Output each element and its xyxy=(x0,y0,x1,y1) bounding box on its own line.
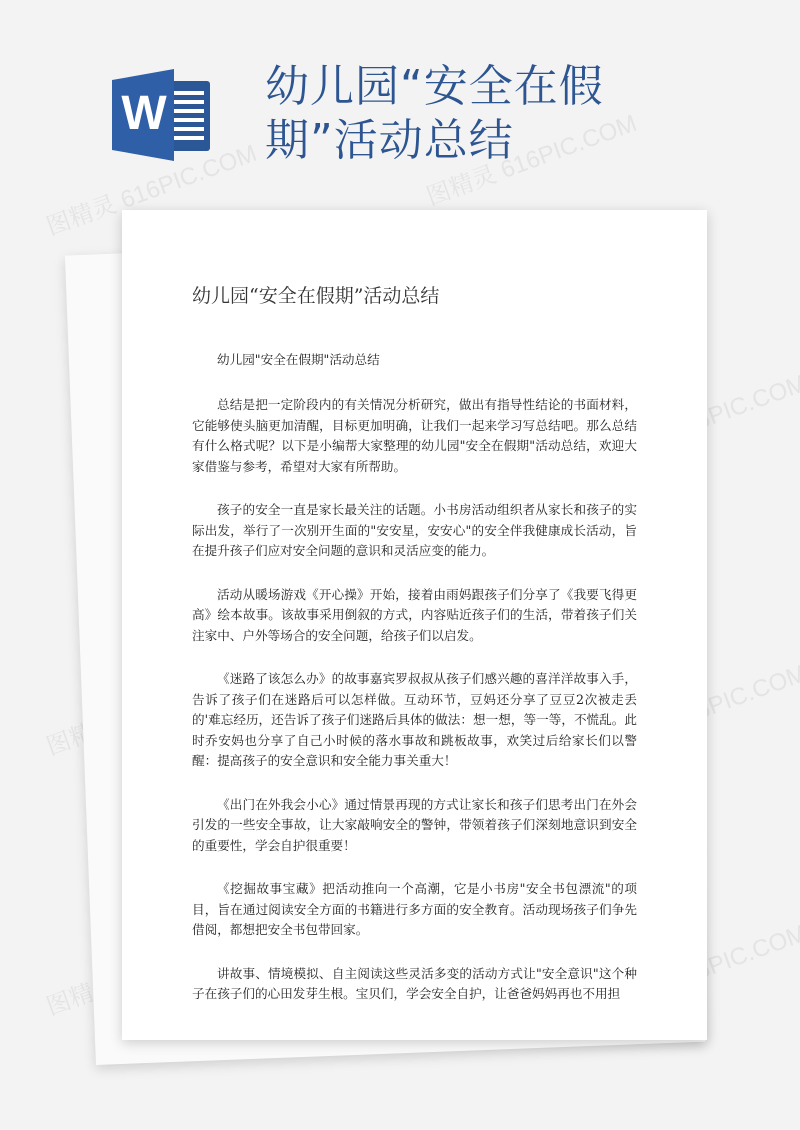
header: W 幼儿园“安全在假期”活动总结 xyxy=(0,0,800,190)
header-title: 幼儿园“安全在假期”活动总结 xyxy=(265,60,695,168)
paragraph: 总结是把一定阶段内的有关情况分析研究，做出有指导性结论的书面材料，它能够使头脑更… xyxy=(192,395,637,477)
document-title: 幼儿园“安全在假期”活动总结 xyxy=(192,283,439,309)
word-document-icon: W xyxy=(112,69,212,161)
document-page: 幼儿园“安全在假期”活动总结 幼儿园"安全在假期"活动总结 总结是把一定阶段内的… xyxy=(122,210,707,1040)
paragraph: 活动从暖场游戏《开心操》开始，接着由雨妈跟孩子们分享了《我要飞得更高》绘本故事。… xyxy=(192,585,637,647)
paragraph: 《挖掘故事宝藏》把活动推向一个高潮，它是小书房"安全书包漂流"的项目，旨在通过阅… xyxy=(192,879,637,941)
word-icon-letter: W xyxy=(119,91,169,137)
paragraph: 《出门在外我会小心》通过情景再现的方式让家长和孩子们思考出门在外会引发的一些安全… xyxy=(192,795,637,857)
paragraph: 《迷路了该怎么办》的故事嘉宾罗叔叔从孩子们感兴趣的喜洋洋故事入手，告诉了孩子们在… xyxy=(192,669,637,772)
document-body: 幼儿园"安全在假期"活动总结 总结是把一定阶段内的有关情况分析研究，做出有指导性… xyxy=(192,350,637,1028)
document-subtitle: 幼儿园"安全在假期"活动总结 xyxy=(192,350,637,369)
paragraph: 讲故事、情境模拟、自主阅读这些灵活多变的活动方式让"安全意识"这个种子在孩子们的… xyxy=(192,964,637,1005)
paragraph: 孩子的安全一直是家长最关注的话题。小书房活动组织者从家长和孩子的实际出发，举行了… xyxy=(192,500,637,562)
